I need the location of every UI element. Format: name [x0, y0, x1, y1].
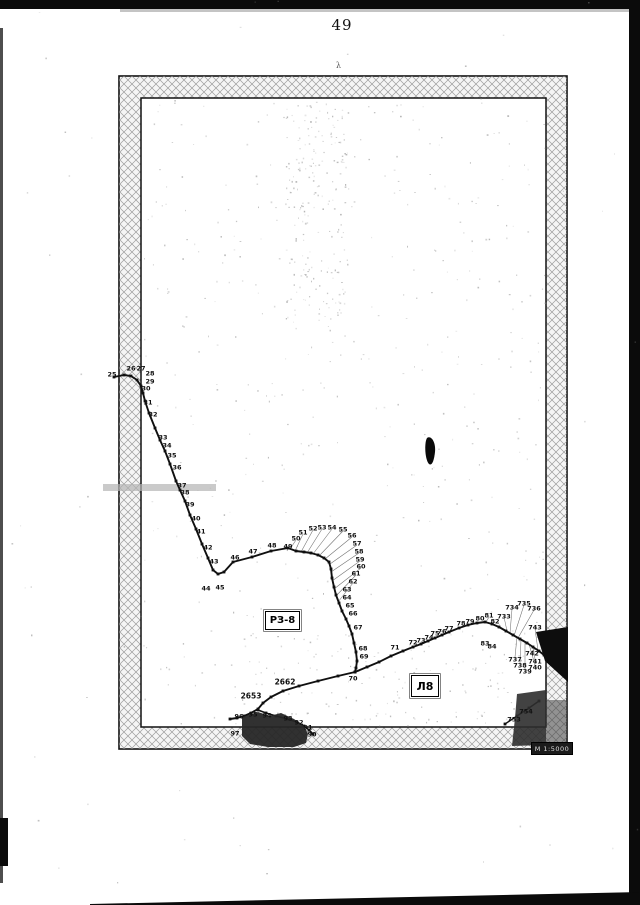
scan-speckle	[217, 345, 219, 346]
scan-speckle	[315, 122, 316, 123]
scan-speckle	[234, 236, 235, 237]
scan-speckle	[234, 249, 236, 250]
scan-speckle	[396, 702, 397, 704]
scan-speckle	[528, 184, 530, 185]
scan-speckle	[374, 656, 376, 657]
scan-speckle	[475, 669, 476, 671]
scan-speckle	[284, 669, 285, 671]
scan-speckle	[282, 465, 284, 467]
scan-speckle	[322, 135, 323, 136]
scan-speckle	[403, 294, 404, 296]
scan-speckle	[310, 105, 312, 106]
scan-speckle	[247, 615, 248, 616]
scan-speckle	[314, 656, 315, 658]
boundary-point	[328, 561, 331, 564]
scan-speckle	[86, 697, 88, 698]
scan-speckle	[328, 268, 329, 269]
point-number-label: 71	[390, 643, 400, 651]
scan-speckle	[305, 115, 307, 117]
scan-speckle	[354, 156, 355, 157]
scan-speckle	[175, 407, 176, 409]
scan-speckle	[481, 364, 483, 365]
scan-speckle	[319, 285, 320, 287]
scan-speckle	[301, 443, 302, 444]
scan-speckle	[297, 577, 298, 579]
scan-speckle	[340, 261, 342, 262]
scan-speckle	[322, 161, 324, 162]
point-number-label: 64	[342, 593, 352, 601]
scan-speckle	[311, 107, 312, 109]
scan-speckle	[519, 508, 520, 509]
scan-speckle	[332, 181, 333, 182]
scan-speckle	[345, 186, 347, 188]
scan-speckle	[509, 144, 510, 145]
scan-speckle	[305, 144, 306, 146]
scan-speckle	[379, 726, 380, 727]
scan-speckle	[541, 612, 542, 614]
scan-speckle	[368, 106, 370, 107]
scan-speckle	[334, 208, 336, 210]
scan-speckle	[543, 559, 545, 560]
scan-speckle	[465, 690, 466, 692]
point-number-label: 65	[345, 601, 355, 609]
boundary-point	[212, 569, 215, 572]
scan-speckle	[262, 684, 263, 685]
boundary-point	[532, 646, 535, 649]
scan-speckle	[285, 358, 286, 359]
scan-speckle	[414, 423, 415, 425]
scan-speckle	[303, 269, 304, 270]
scan-speckle	[12, 543, 14, 544]
scan-speckle	[318, 232, 320, 233]
scan-speckle	[330, 318, 331, 320]
scan-speckle	[309, 251, 310, 252]
scan-speckle	[395, 347, 396, 349]
scan-speckle	[298, 169, 299, 170]
scan-speckle	[481, 103, 482, 104]
scan-speckle	[337, 704, 339, 705]
scan-speckle	[290, 262, 291, 264]
scan-speckle	[313, 417, 314, 419]
scan-speckle	[494, 133, 495, 134]
scan-speckle	[489, 531, 490, 533]
scan-speckle	[432, 468, 433, 470]
scan-speckle	[79, 506, 80, 507]
scan-speckle	[334, 127, 336, 128]
scan-speckle	[302, 162, 303, 164]
scan-speckle	[528, 169, 529, 171]
point-number-label: 40	[191, 514, 201, 522]
scan-speckle	[443, 413, 445, 415]
scan-speckle	[145, 699, 146, 701]
scan-speckle	[318, 313, 320, 315]
boundary-point	[217, 573, 220, 576]
point-number-label: 27	[136, 364, 145, 372]
scan-speckle	[332, 504, 333, 506]
scan-speckle	[314, 176, 315, 178]
scan-speckle	[481, 715, 483, 716]
scan-speckle	[198, 251, 199, 252]
scan-speckle	[235, 686, 236, 688]
scan-speckle	[277, 636, 279, 637]
point-number-label: 70	[348, 674, 358, 682]
scan-speckle	[285, 512, 286, 513]
scan-speckle	[318, 131, 319, 132]
scan-speckle	[332, 298, 333, 300]
scan-speckle	[277, 220, 278, 221]
scan-speckle	[208, 336, 209, 338]
scan-speckle	[341, 224, 343, 225]
scan-speckle	[252, 633, 254, 635]
scan-speckle	[293, 121, 294, 122]
scan-speckle	[168, 684, 169, 685]
scan-speckle	[472, 240, 473, 242]
scan-speckle	[442, 466, 443, 467]
scan-speckle	[538, 400, 539, 402]
scan-speckle	[346, 167, 347, 169]
scan-speckle	[259, 662, 260, 663]
scan-speckle	[509, 166, 510, 167]
scan-speckle	[544, 303, 546, 304]
scan-speckle	[249, 433, 250, 435]
scan-speckle	[539, 557, 540, 558]
scan-speckle	[337, 162, 339, 163]
scan-speckle	[446, 663, 448, 664]
scan-speckle	[291, 259, 293, 260]
scan-speckle	[333, 125, 334, 126]
scan-speckle	[337, 315, 339, 316]
scan-speckle	[274, 698, 275, 699]
scan-speckle	[244, 703, 246, 704]
scan-speckle	[376, 535, 378, 536]
scan-speckle	[296, 238, 298, 240]
scan-speckle	[402, 687, 403, 689]
scan-speckle	[509, 294, 511, 295]
point-number-label: 34	[162, 441, 172, 449]
scan-speckle	[584, 584, 585, 586]
scan-speckle	[317, 635, 319, 636]
scan-speckle	[378, 315, 380, 316]
scan-speckle	[304, 211, 305, 213]
scan-speckle	[339, 294, 341, 296]
scan-speckle	[507, 543, 508, 545]
scan-speckle	[311, 347, 312, 349]
scan-speckle	[337, 272, 338, 273]
scan-speckle	[423, 502, 424, 503]
scan-speckle	[305, 264, 306, 265]
point-number-label: 61	[351, 569, 361, 577]
scan-speckle	[513, 309, 514, 311]
scan-speckle	[602, 211, 603, 212]
scan-speckle	[466, 299, 467, 301]
scan-speckle	[544, 148, 546, 149]
scan-speckle	[183, 326, 185, 328]
scan-speckle	[394, 85, 395, 87]
scan-speckle	[565, 117, 566, 118]
scan-speckle	[506, 225, 507, 227]
scan-speckle	[346, 154, 348, 155]
scan-speckle	[305, 168, 306, 169]
scan-speckle	[398, 697, 400, 698]
scan-speckle	[364, 719, 365, 721]
scan-speckle	[563, 191, 564, 192]
scan-speckle	[303, 454, 304, 456]
point-number-label: 95	[248, 710, 258, 718]
scan-speckle	[316, 117, 317, 119]
boundary-point	[366, 666, 369, 669]
scan-speckle	[342, 117, 343, 119]
scan-speckle	[301, 205, 302, 206]
scan-speckle	[246, 458, 248, 459]
scan-speckle	[526, 121, 527, 122]
scan-speckle	[465, 692, 466, 694]
scan-speckle	[478, 197, 480, 198]
scan-speckle	[473, 393, 475, 395]
scan-speckle	[298, 163, 300, 164]
scan-speckle	[524, 576, 525, 577]
scan-speckle	[183, 643, 184, 645]
point-number-label: 53	[317, 523, 326, 531]
scan-speckle	[308, 128, 309, 130]
scan-speckle	[342, 289, 343, 290]
scan-speckle	[345, 85, 346, 86]
scan-speckle	[181, 124, 183, 125]
scan-speckle	[340, 173, 342, 174]
scan-speckle	[292, 181, 294, 183]
scan-speckle	[343, 162, 344, 163]
scan-speckle	[540, 387, 541, 389]
scan-speckle	[354, 201, 356, 203]
point-number-label: 97	[230, 729, 239, 737]
scan-speckle	[342, 110, 343, 111]
scan-speckle	[492, 497, 493, 498]
scan-speckle	[335, 189, 337, 191]
scan-speckle	[268, 457, 269, 459]
scan-speckle	[287, 137, 288, 138]
scan-speckle	[146, 647, 147, 648]
scan-speckle	[498, 358, 500, 360]
scan-speckle	[452, 669, 453, 670]
point-number-label: 28	[145, 369, 155, 377]
scan-speckle	[331, 692, 332, 693]
scan-speckle	[457, 364, 459, 365]
scan-speckle	[261, 608, 262, 610]
scan-speckle	[289, 180, 290, 181]
scan-speckle	[160, 668, 161, 670]
scan-speckle	[307, 713, 309, 715]
scan-speckle	[272, 383, 273, 384]
scan-speckle	[513, 708, 514, 710]
scan-speckle	[212, 496, 214, 497]
scan-speckle	[274, 673, 275, 675]
scan-speckle	[309, 165, 310, 166]
scan-speckle	[530, 295, 532, 297]
scan-speckle	[519, 418, 521, 419]
scan-speckle	[343, 134, 345, 135]
scan-speckle	[156, 201, 157, 203]
scan-speckle	[293, 176, 294, 177]
scan-speckle	[329, 231, 330, 232]
scan-speckle	[340, 302, 342, 304]
boundary-point	[335, 594, 338, 597]
scan-speckle	[266, 395, 267, 396]
scan-speckle	[299, 148, 300, 149]
scan-speckle	[311, 267, 312, 268]
scan-speckle	[377, 652, 379, 654]
scan-speckle	[518, 438, 520, 440]
point-number-label: 45	[215, 583, 225, 591]
scan-speckle	[233, 612, 234, 614]
scan-speckle	[307, 590, 309, 591]
point-number-label: 94	[262, 711, 272, 719]
scan-speckle	[295, 314, 296, 315]
scan-speckle	[260, 548, 261, 549]
scan-speckle	[278, 1, 279, 2]
scan-speckle	[340, 312, 342, 313]
boundary-point	[123, 374, 126, 377]
scan-speckle	[387, 485, 388, 486]
scan-speckle	[341, 161, 342, 163]
scan-speckle	[302, 255, 303, 256]
boundary-point	[505, 630, 508, 633]
scan-speckle	[318, 186, 320, 187]
scan-speckle	[303, 234, 304, 235]
boundary-point	[330, 568, 333, 571]
scan-speckle	[239, 590, 241, 591]
scan-speckle	[274, 396, 275, 397]
scan-speckle	[302, 203, 303, 204]
scan-speckle	[477, 428, 478, 430]
scan-speckle	[614, 154, 615, 155]
scan-speckle	[308, 354, 309, 355]
scan-speckle	[294, 225, 296, 226]
scan-speckle	[458, 203, 459, 205]
boundary-point	[337, 675, 340, 678]
scan-speckle	[483, 862, 484, 863]
scan-speckle	[286, 166, 287, 168]
scan-speckle	[527, 231, 529, 233]
scan-speckle	[438, 729, 439, 731]
scan-speckle	[313, 278, 314, 280]
scan-speckle	[124, 646, 125, 648]
scan-speckle	[298, 218, 299, 219]
scan-speckle	[337, 651, 338, 652]
scan-speckle	[347, 54, 349, 55]
scan-speckle	[286, 250, 288, 251]
scan-speckle	[272, 98, 274, 99]
scan-speckle	[348, 657, 349, 659]
scan-speckle	[45, 58, 47, 60]
scan-speckle	[370, 718, 371, 720]
scan-speckle	[403, 373, 405, 374]
scan-edge-bottom	[90, 892, 640, 905]
scan-speckle	[310, 121, 312, 123]
scan-speckle	[167, 293, 168, 294]
scan-speckle	[248, 384, 249, 385]
scan-speckle	[158, 111, 159, 112]
scan-speckle	[221, 525, 222, 526]
scan-speckle	[240, 845, 241, 846]
scan-speckle	[315, 289, 316, 290]
scan-speckle	[438, 486, 440, 488]
boundary-point	[353, 642, 356, 645]
scan-speckle	[441, 518, 442, 520]
scan-speckle	[205, 298, 206, 299]
scan-speckle	[398, 404, 399, 406]
point-number-label: 41	[196, 527, 206, 535]
scan-speckle	[145, 355, 146, 357]
scan-speckle	[315, 165, 316, 166]
scan-speckle	[159, 105, 160, 106]
scan-speckle	[387, 703, 388, 704]
scan-speckle	[479, 464, 480, 465]
scan-speckle	[348, 112, 350, 114]
scan-speckle	[485, 239, 487, 241]
scan-speckle	[176, 536, 177, 538]
scan-speckle	[257, 562, 258, 563]
scan-speckle	[516, 275, 517, 277]
scan-speckle	[20, 525, 21, 526]
scan-speckle	[423, 106, 424, 107]
scan-speckle	[329, 307, 330, 308]
boundary-point	[282, 690, 285, 693]
scan-speckle	[157, 405, 158, 406]
boundary-point	[295, 550, 298, 553]
scan-speckle	[472, 251, 473, 252]
scan-speckle	[288, 694, 290, 695]
scan-speckle	[502, 179, 504, 180]
scale-box: М 1:5000	[531, 742, 573, 755]
scan-speckle	[332, 342, 334, 343]
point-number-label: 33	[158, 433, 167, 441]
scan-speckle	[174, 103, 176, 104]
scan-speckle	[290, 192, 292, 193]
point-number-label: 92	[294, 718, 303, 726]
point-number-label: 79	[465, 617, 475, 625]
scan-speckle	[166, 667, 167, 668]
scan-speckle	[464, 590, 466, 592]
scan-speckle	[298, 127, 300, 128]
scan-speckle	[167, 362, 168, 364]
scan-speckle	[524, 633, 525, 635]
scan-speckle	[294, 274, 295, 276]
road-band	[103, 484, 216, 491]
scan-speckle	[468, 538, 470, 539]
scan-speckle	[314, 194, 315, 195]
scan-speckle	[384, 175, 386, 177]
scan-speckle	[294, 310, 295, 311]
scan-speckle	[65, 132, 67, 133]
scan-speckle	[151, 216, 152, 218]
scan-speckle	[315, 136, 317, 137]
scan-speckle	[275, 207, 277, 208]
scan-speckle	[297, 105, 299, 106]
scan-speckle	[331, 272, 333, 273]
scan-speckle	[612, 848, 613, 850]
boundary-point	[229, 718, 232, 721]
point-number-label: 44	[201, 584, 211, 592]
point-number-label: 753	[507, 715, 521, 723]
scan-speckle	[479, 279, 480, 280]
point-number-label: 54	[327, 523, 337, 531]
scan-edge-top-shadow	[120, 9, 640, 12]
scan-speckle	[287, 300, 289, 301]
scan-speckle	[406, 318, 408, 319]
scan-speckle	[471, 500, 473, 502]
scan-speckle	[347, 152, 348, 153]
scan-speckle	[347, 260, 348, 261]
scan-speckle	[216, 384, 218, 385]
